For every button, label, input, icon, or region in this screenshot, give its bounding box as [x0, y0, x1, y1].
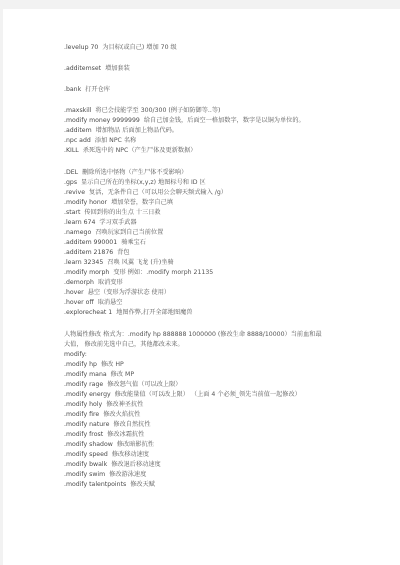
command: .modify mana: [64, 371, 107, 378]
command-line: .explorecheat 1地图作弊,打开全部地图魔兽: [64, 308, 192, 318]
command: .modify hp: [64, 361, 97, 368]
command-description: 添加 NPC 名称: [95, 137, 136, 144]
command-line: .modify shadow修改暗影抗性: [64, 440, 154, 450]
command-description: 悬空（变形为浮游状态 使用）: [88, 289, 170, 296]
command: .additem: [64, 127, 92, 134]
command: .learn 32345: [64, 259, 103, 266]
command-description: 增加套装: [105, 65, 130, 72]
command-description: 修改神圣抗性: [106, 401, 143, 408]
command: .bank: [64, 86, 81, 93]
command-line: .modify mana修改 MP: [64, 370, 134, 380]
command-description: 修改 MP: [111, 371, 134, 378]
command-description: 为目标(或自己) 增加 70 级: [102, 44, 176, 51]
command-description: 大值， 修改前先选中自己，其他都改未来。: [64, 341, 184, 348]
command-line: .modify honor增加荣誉，数字自己填: [64, 198, 173, 208]
command-description: 删除所选中怪物（产生尸体不受影响）: [82, 169, 187, 176]
command-description: 修改 HP: [101, 361, 124, 368]
command-line: .KILL杀死选中的 NPC（产生尸体及更新数据）: [64, 146, 196, 156]
command-line: .modify holy修改神圣抗性: [64, 400, 143, 410]
command-line: .DEL删除所选中怪物（产生尸体不受影响）: [64, 168, 187, 178]
command-description: 修改冰霜抗性: [107, 431, 144, 438]
command-line: .modify rage修改怒气值（可以改上限）: [64, 380, 181, 390]
document-page: .levelup 70为目标(或自己) 增加 70 级 .additemset增…: [3, 9, 400, 565]
command-line: .modify frost修改冰霜抗性: [64, 430, 144, 440]
command: .modify money 9999999: [64, 117, 140, 124]
command: .modify talentpoints: [64, 481, 126, 488]
paragraph-line: 大值， 修改前先选中自己，其他都改未来。: [64, 340, 184, 350]
paragraph-line: 人物属性修改 格式为：.modify hp 888888 1000000 (修改…: [64, 330, 322, 340]
command-description: 修改火焰抗性: [103, 411, 140, 418]
command-line: .npc add添加 NPC 名称: [64, 136, 136, 146]
command-line: .start传回到你的出生点 十三日救: [64, 208, 161, 218]
command: .npc add: [64, 137, 91, 144]
command: .hover: [64, 289, 84, 296]
command: .DEL: [64, 169, 78, 176]
command-line: .learn 32345召唤 风翼 飞龙 (升)坐骑: [64, 258, 174, 268]
command-line-additemset: .additemset增加套装: [64, 64, 130, 74]
command-description: 召唤玩家到自己当前位置: [95, 229, 163, 236]
command: .start: [64, 209, 80, 216]
command-description: 增加荣誉，数字自己填: [111, 199, 173, 206]
command: .maxskill: [64, 107, 91, 114]
command: .levelup 70: [64, 44, 98, 51]
command-description: 人物属性修改 格式为：.modify hp 888888 1000000 (修改…: [64, 331, 322, 338]
command-line-levelup: .levelup 70为目标(或自己) 增加 70 级: [64, 43, 177, 53]
command-line: .modify morph变形 例如：.modify morph 21135: [64, 268, 213, 278]
command-line-bank: .bank打开仓库: [64, 85, 110, 95]
command: .modify shadow: [64, 441, 113, 448]
command: .additem 21876: [64, 249, 113, 256]
command: .modify morph: [64, 269, 109, 276]
command-line: .modify nature修改自然抗性: [64, 420, 151, 430]
command-description: 修改移动速度: [112, 451, 149, 458]
command: .modify holy: [64, 401, 102, 408]
command-line: .hover off取消悬空: [64, 298, 122, 308]
command: .modify energy: [64, 391, 111, 398]
command-line: .modify swim修改游泳速度: [64, 470, 146, 480]
command-description: 修改怒气值（可以改上限）: [107, 381, 181, 388]
command-line: .additem 990001骑乘宝石: [64, 238, 146, 248]
command: .modify speed: [64, 451, 108, 458]
command-line: .hover悬空（变形为浮游状态 使用）: [64, 288, 170, 298]
command-line: .maxskill将已会技能学至 300/300 (例子如防御等..等): [64, 106, 220, 116]
command-line: .additem 21876背包: [64, 248, 130, 258]
command-line: .revive复活，无条件自己（可以用公会聊天频式输入 /g）: [64, 188, 227, 198]
command-description: 将已会技能学至 300/300 (例子如防御等..等): [95, 107, 220, 114]
command: .explorecheat 1: [64, 309, 112, 316]
command: .revive: [64, 189, 85, 196]
command: .learn 674: [64, 219, 95, 226]
command-description: 复活，无条件自己（可以用公会聊天频式输入 /g）: [89, 189, 227, 196]
command: .modify swim: [64, 471, 105, 478]
command: .gps: [64, 179, 77, 186]
command-line: .learn 674学习双手武器: [64, 218, 137, 228]
command-line: .namego召唤玩家到自己当前位置: [64, 228, 163, 238]
command: .additemset: [64, 65, 101, 72]
command-description: 修改能量值（可以改上限） （上面 4 个必须_领先当前值一起修改）: [115, 391, 301, 398]
command-description: 修改暗影抗性: [117, 441, 154, 448]
command-line: .modify talentpoints修改天赋: [64, 480, 155, 490]
command-line: .modify money 9999999给自己加金钱，后面空一格加数字，数字是…: [64, 116, 305, 126]
command-line: .demorph取消变形: [64, 278, 123, 288]
command-line: .modify speed修改移动速度: [64, 450, 149, 460]
command-description: 变形 例如：.modify morph 21135: [113, 269, 213, 276]
command: .modify bwalk: [64, 461, 107, 468]
command: .modify frost: [64, 431, 103, 438]
command: .namego: [64, 229, 91, 236]
command-description: 学习双手武器: [99, 219, 136, 226]
command: .additem 990001: [64, 239, 117, 246]
command-description: 背包: [117, 249, 129, 256]
command-line: .modify bwalk修改退后移动速度: [64, 460, 161, 470]
command: .modify honor: [64, 199, 107, 206]
command-description: 修改自然抗性: [113, 421, 150, 428]
command: .modify fire: [64, 411, 99, 418]
command-line: .additem增加物品 后面加上物品代码。: [64, 126, 178, 136]
command-description: 给自己加金钱，后面空一格加数字，数字是以铜为单位的。: [144, 117, 305, 124]
command-description: 修改退后移动速度: [111, 461, 161, 468]
command-description: 取消悬空: [98, 299, 123, 306]
command-description: 传回到你的出生点 十三日救: [84, 209, 160, 216]
command-description: 取消变形: [98, 279, 123, 286]
command: .modify rage: [64, 381, 103, 388]
command-description: 修改天赋: [130, 481, 155, 488]
command: .demorph: [64, 279, 94, 286]
command-description: 修改游泳速度: [109, 471, 146, 478]
command-line: .modify energy修改能量值（可以改上限） （上面 4 个必须_领先当…: [64, 390, 301, 400]
command-description: 显示自己所在的坐标(x,y,z) 地图标号和 ID 区: [81, 179, 206, 186]
command-line: .gps显示自己所在的坐标(x,y,z) 地图标号和 ID 区: [64, 178, 206, 188]
command-description: 召唤 风翼 飞龙 (升)坐骑: [107, 259, 173, 266]
command: .modify nature: [64, 421, 109, 428]
command-description: 地图作弊,打开全部地图魔兽: [116, 309, 192, 316]
command-line: .modify hp修改 HP: [64, 360, 124, 370]
command-line: modify:: [64, 350, 91, 360]
command-description: 增加物品 后面加上物品代码。: [96, 127, 178, 134]
command-description: 杀死选中的 NPC（产生尸体及更新数据）: [83, 147, 197, 154]
command: .hover off: [64, 299, 94, 306]
command: modify:: [64, 351, 87, 358]
command-description: 骑乘宝石: [121, 239, 146, 246]
command-description: 打开仓库: [85, 86, 110, 93]
command-line: .modify fire修改火焰抗性: [64, 410, 140, 420]
command: .KILL: [64, 147, 79, 154]
